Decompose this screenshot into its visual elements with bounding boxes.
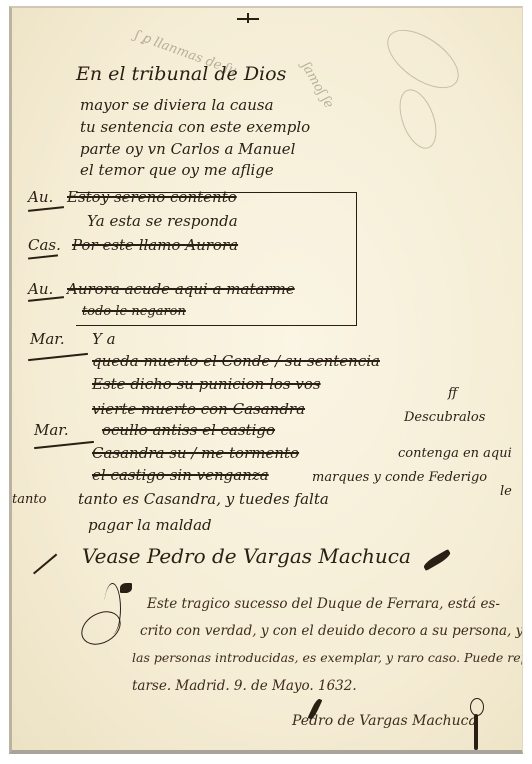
speaker-label-aurora: Au. — [28, 280, 53, 298]
margin-note-tanto: tanto — [12, 492, 46, 507]
speaker-underline — [28, 254, 58, 259]
marques-line: Este dicho su punicion los vos — [92, 375, 321, 393]
cross-mark-icon — [237, 18, 259, 20]
speaker-label-casandra: Cas. — [28, 236, 61, 254]
ink-blot — [422, 549, 452, 571]
rubric-blot — [120, 583, 132, 593]
boxed-line: Aurora acude aqui a matarme — [67, 280, 295, 298]
marques-line: el castigo sin venganza — [92, 466, 269, 484]
marques-line: ocullo antiss el castigo — [102, 421, 275, 439]
marques-line: Casandra su / me tormento — [92, 444, 299, 462]
bleed-through-text: ʃamoʃ ʃe — [298, 60, 336, 111]
approval-line: crito con verdad, y con el deuido decoro… — [140, 623, 523, 639]
closing-line: pagar la maldad — [88, 516, 212, 534]
speaker-underline — [34, 441, 94, 449]
approval-line: las personas introducidas, es exemplar, … — [132, 650, 523, 665]
margin-note-corner: le — [500, 484, 512, 499]
opening-line: En el tribunal de Dios — [76, 63, 286, 85]
signature-rubric-stem — [474, 714, 478, 750]
rubric-flourish — [104, 583, 121, 634]
speaker-underline — [28, 206, 64, 211]
margin-note-descubralos: Descubralos — [404, 410, 485, 425]
marques-line: vierte muerto con Casandra — [92, 400, 305, 418]
manuscript-page: ʃ ꝑ llanmas de ʃu ʃamoʃ ʃe En el tribuna… — [9, 6, 523, 754]
opening-line: mayor se diviera la causa — [80, 96, 274, 114]
marques-line: queda muerto el Conde / su sentencia — [92, 352, 380, 370]
margin-signature-mark: ff — [448, 386, 457, 401]
opening-line: parte oy vn Carlos a Manuel — [80, 140, 295, 158]
signature-line: Vease Pedro de Vargas Machuca — [82, 544, 411, 568]
boxed-line: todo le negaron — [82, 304, 186, 319]
approval-signature: Pedro de Vargas Machuca — [292, 713, 477, 729]
margin-note-contenga: contenga en aqui — [398, 446, 512, 461]
speaker-label-marques: Mar. — [30, 330, 65, 348]
slash-mark — [33, 554, 57, 574]
bleed-through-flourish — [392, 84, 443, 153]
speaker-underline — [28, 353, 88, 361]
bleed-through-flourish — [377, 18, 468, 99]
approval-line: tarse. Madrid. 9. de Mayo. 1632. — [132, 678, 357, 694]
opening-line: tu sentencia con este exemplo — [80, 118, 310, 136]
boxed-line: Por este llamo Aurora — [72, 236, 238, 254]
margin-note-marques: marques y conde Federigo — [312, 470, 487, 485]
speaker-label-aurora: Au. — [28, 188, 53, 206]
closing-line: tanto es Casandra, y tuedes falta — [78, 490, 329, 508]
approval-line: Este tragico sucesso del Duque de Ferrar… — [147, 596, 500, 612]
boxed-line: Ya esta se responda — [87, 212, 238, 230]
marques-line: Y a — [92, 330, 116, 348]
speaker-label-marques: Mar. — [34, 421, 69, 439]
boxed-line: Estoy sereno contento — [67, 188, 237, 206]
opening-line: el temor que oy me aflige — [80, 161, 274, 179]
